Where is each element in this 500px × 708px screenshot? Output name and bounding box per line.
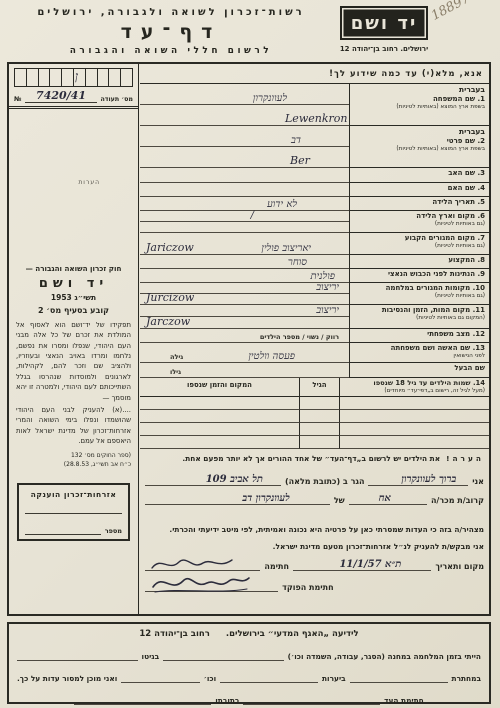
info-address: רחוב בן־יהודה 12 [139, 629, 210, 639]
declarant-address-handwriting: תל אביב 109 [206, 474, 263, 485]
relation-field: אח [349, 491, 427, 505]
children-table-row [140, 436, 489, 449]
field-husband-name: שם הבעל גילו [140, 363, 489, 378]
field-family-name: בעברית 1. שם המשפחה בשפת ארץ המוצא (באות… [140, 84, 489, 126]
field-label-hebrew: בעברית [354, 85, 485, 95]
relation-row: קרוב/ת מכר/ה אח של לעוונקרון דב [140, 491, 489, 505]
relation-handwriting: אח [379, 493, 391, 504]
residence-latin-handwriting: Jariczow [146, 241, 194, 254]
residence-hebrew-handwriting: יאריצוב פולין [261, 243, 311, 254]
children-table-row [140, 423, 489, 436]
witness-address-field [74, 693, 211, 705]
info-camp-field [163, 649, 284, 661]
info-underground-field [350, 671, 448, 683]
citizenship-box-title: אזרחות־זכרון הוענקה [25, 490, 122, 499]
law-paragraph: תפקידו של יד־ושם הוא לאסוף אל המולדת את … [16, 320, 131, 403]
field-profession: 8. המקצוע סוחר [140, 255, 489, 269]
law-clause: ....(א) להעניק לבני העם היהודי שהושמדו ו… [16, 405, 131, 446]
first-name-latin-handwriting: Ber [290, 154, 310, 167]
info-underground-row: במחתרת ביערות וכו׳ ואני מוכן למסור עדות … [17, 671, 481, 683]
field-marital-status: 12. מצב משפחתי רווק / נשוי / מספר הילדים [140, 329, 489, 343]
registrar-signature [149, 571, 253, 595]
children-table: 14. שמות הילדים עד גיל 18 שנספו (מעל לגי… [140, 378, 489, 449]
citizenship-handwriting: פולנית [311, 271, 335, 282]
children-note: הערה! את הילדים יש לרשום ב„דף־העד״ של אח… [140, 451, 489, 466]
children-table-row [140, 397, 489, 410]
family-name-hebrew-handwriting: לעוונקרון [253, 93, 287, 104]
place-date-field: ת״א 11/1/57 [293, 557, 431, 571]
field-wartime-residence: 10. מקומות המגורים במלחמה (גם באותיות לט… [140, 283, 489, 305]
law-year: תשי״ג 1953 [16, 293, 131, 302]
notes-label: הערות [78, 179, 100, 186]
declaration-statement: מצהיר/ה בזה כי העדות שמסרתי כאן על פרטיה… [140, 525, 489, 534]
field-citizenship: 9. הנתינות לפני הכבוש הנאצי פולנית [140, 269, 489, 283]
form-title: דף־עד [36, 21, 306, 43]
info-etc-field [121, 671, 199, 683]
children-table-row [140, 410, 489, 423]
info-title: לידיעה „האגף המדעי״ בירושלים. [226, 629, 359, 639]
fields-column: אנא, מלא(י) עד כמה שידוע לך! בעברית 1. ש… [140, 64, 489, 614]
info-camp-row: הייתי בזמן המלחמה במחנה (הסגר, עבודה, הש… [17, 649, 481, 661]
info-testify-text: ואני מוכן למסור עדות על כך. [17, 674, 117, 683]
wartime-residence-hebrew-handwriting: יריצוב [316, 282, 339, 293]
page-of-testimony-scan: 18897 רשות־זכרון לשואה ולגבורה, ירושלים … [0, 0, 500, 708]
field-mother-name: 4. שם האם [140, 183, 489, 197]
related-person-field: לעוונקרון דב [145, 491, 330, 505]
citizenship-number-label: מספר [105, 527, 122, 535]
info-ghetto-field [17, 649, 138, 661]
field-birth-date: 5. תאריך הלידה לא ידוע [140, 197, 489, 211]
field-label: שם המשפחה [433, 95, 475, 103]
info-witness-row: חתימת העד כתובתו [17, 693, 481, 705]
birth-date-handwriting: לא ידוע [267, 199, 297, 210]
witness-signature-field [243, 693, 380, 705]
field-first-name: בעברית 2. שם פרטי בשפת ארץ המוצא (באותיו… [140, 126, 489, 168]
law-section: קובע בסעיף מס׳ 2 [16, 306, 131, 315]
signature-field [145, 557, 260, 571]
instruction-note: אנא, מלא(י) עד כמה שידוע לך! [140, 64, 489, 84]
grid-pen-mark: ן [75, 69, 78, 84]
related-person-handwriting: לעוונקרון דב [242, 493, 290, 504]
form-main-box: ן מס׳ תעודה 7420/41 № הערות חוק זכרון הש… [7, 62, 491, 616]
declarant-address-field: תל אביב 109 [145, 472, 281, 486]
wartime-residence-latin-handwriting: Jurcizow [146, 291, 194, 304]
her-age-label: גילה [170, 353, 183, 361]
logo-address: ירושלים. רחוב בן־יהודה 12 [328, 45, 440, 53]
field-place-of-death: 11. מקום המות, הזמן והנסיבות (המקום גם ב… [140, 305, 489, 329]
death-place-hebrew-handwriting: יריצוב [316, 305, 339, 316]
citizenship-number-line [25, 524, 101, 535]
his-age-label: גילו [170, 368, 181, 376]
yad-vashem-logo: יד ושם [340, 6, 428, 40]
left-column: ן מס׳ תעודה 7420/41 № הערות חוק זכרון הש… [9, 64, 139, 614]
field-permanent-residence: 7. מקום המגורים הקבוע (גם באותיות לטיניו… [140, 233, 489, 255]
info-forests-field [220, 671, 318, 683]
place-time-column-header: המקום והזמן שנספו [140, 378, 299, 396]
serial-area: ן מס׳ תעודה 7420/41 № [9, 64, 138, 109]
law-name: יד ושם [16, 276, 131, 291]
first-name-hebrew-handwriting: דב [291, 135, 301, 146]
declarant-name-field: ברוך לעוונקרון [368, 472, 468, 486]
citizenship-box: אזרחות־זכרון הוענקה מספר [17, 483, 130, 541]
code-grid: ן [14, 68, 133, 87]
registrar-signature-field [145, 578, 278, 592]
law-heading: חוק זכרון השואה והגבורה — [16, 264, 131, 273]
family-name-latin-handwriting: Lewenkron [285, 112, 347, 125]
field-birth-place: 6. מקום וארץ הלידה (גם באותיות לטיניות) … [140, 211, 489, 233]
law-source: (ספר החוקים מס׳ 132 כ״ח אב תשי״ג, 28.8.5… [16, 451, 131, 469]
notes-box: הערות [9, 109, 138, 259]
pencil-scribble: 18897 [429, 0, 473, 24]
registrar-row: חתימת הפוקד [140, 578, 489, 592]
children-table-label: שמות הילדים עד גיל 18 שנספו [373, 379, 470, 387]
place-date-handwriting: ת״א 11/1/57 [339, 559, 401, 570]
authority-name: רשות־זכרון לשואה ולגבורה, ירושלים [36, 7, 306, 18]
declarant-name-handwriting: ברוך לעוונקרון [401, 474, 456, 485]
wife-name-handwriting: פעסה וולטין [248, 351, 295, 362]
field-father-name: 3. שם האב [140, 168, 489, 183]
citizenship-request: אני מבקש/ת להעניק לנ״ל אזרחות־זכרון מטעם… [140, 542, 489, 551]
marital-status-options: רווק / נשוי / מספר הילדים [260, 333, 339, 341]
death-place-latin-handwriting: Jarczow [146, 315, 190, 328]
law-block: חוק זכרון השואה והגבורה — יד ושם תשי״ג 1… [9, 259, 138, 469]
citizenship-blank-line [25, 499, 122, 514]
serial-number-label: מס׳ תעודה [100, 96, 133, 103]
serial-number-value: 7420/41 [25, 90, 98, 103]
numero-sign: № [14, 96, 22, 103]
info-box: לידיעה „האגף המדעי״ בירושלים. רחוב בן־יה… [7, 622, 491, 704]
age-column-header: הגיל [299, 378, 339, 396]
declarant-row: אני ברוך לעוונקרון הגר ב (כתובת מלאה) תל… [140, 472, 489, 486]
form-subtitle: לרשום חללי השואה והגבורה [36, 46, 306, 56]
field-wife-name: 13. שם האשה ושם משפחתה לפני הנישואין פעס… [140, 343, 489, 363]
place-date-signature-row: מקום ותאריך ת״א 11/1/57 חתימה [140, 557, 489, 571]
profession-handwriting: סוחר [288, 257, 307, 268]
birth-place-handwriting: / [251, 210, 254, 221]
